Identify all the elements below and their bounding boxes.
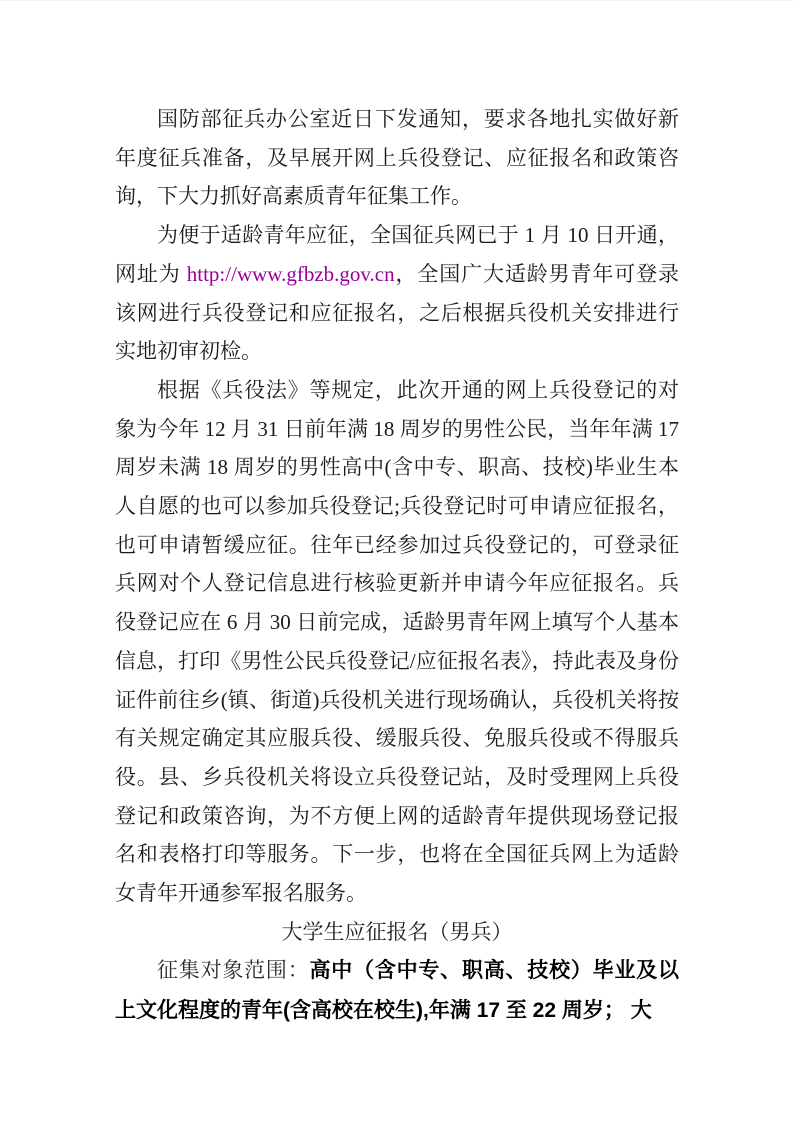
paragraph-enlistment-scope: 征集对象范围：高中（含中专、职高、技校）毕业及以上文化程度的青年(含高校在校生)… bbox=[115, 951, 679, 1030]
scope-label: 征集对象范围： bbox=[157, 958, 309, 982]
paragraph-registration-rules: 根据《兵役法》等规定，此次开通的网上兵役登记的对象为今年 12 月 31 日前年… bbox=[115, 371, 679, 913]
paragraph-notice: 国防部征兵办公室近日下发通知，要求各地扎实做好新年度征兵准备，及早展开网上兵役登… bbox=[115, 100, 679, 216]
section-heading-college-enlistment: 大学生应征报名（男兵） bbox=[115, 913, 679, 952]
paragraph-website: 为便于适龄青年应征，全国征兵网已于 1 月 10 日开通，网址为 http://… bbox=[115, 216, 679, 371]
document-content: 国防部征兵办公室近日下发通知，要求各地扎实做好新年度征兵准备，及早展开网上兵役登… bbox=[115, 100, 679, 1031]
document-page: 国防部征兵办公室近日下发通知，要求各地扎实做好新年度征兵准备，及早展开网上兵役登… bbox=[0, 0, 793, 1122]
conscription-website-link[interactable]: http://www.gfbzb.gov.cn bbox=[187, 262, 395, 286]
